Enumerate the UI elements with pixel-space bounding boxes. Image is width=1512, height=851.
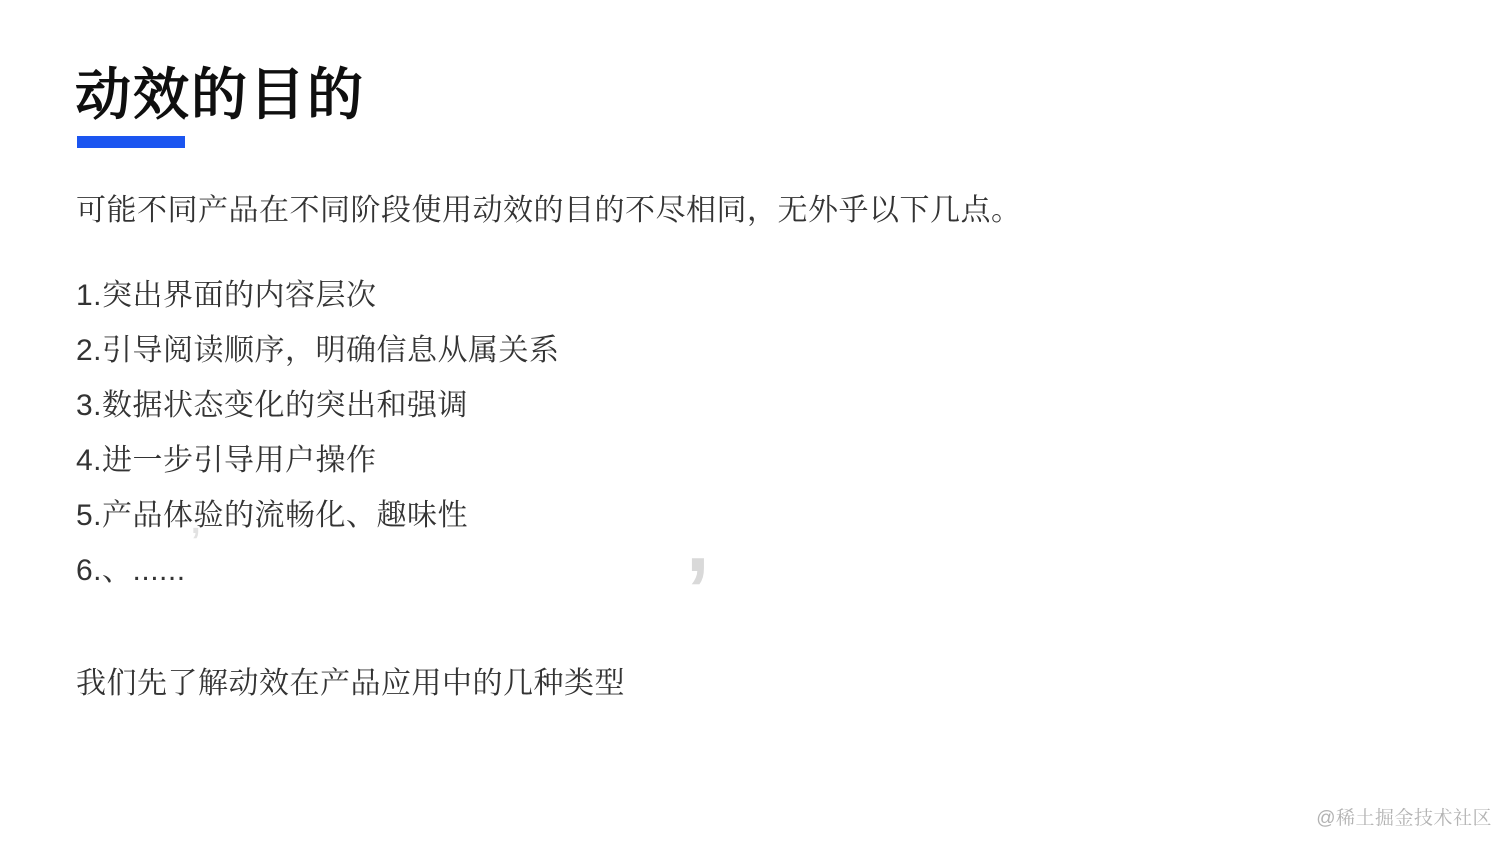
purpose-list: 1.突出界面的内容层次 2.引导阅读顺序，明确信息从属关系 3.数据状态变化的突… [76, 268, 560, 598]
list-item: 3.数据状态变化的突出和强调 [76, 378, 560, 433]
list-item: 6.、...... [76, 543, 560, 598]
community-watermark: @稀土掘金技术社区 [1316, 803, 1492, 830]
watermark-artifact-large: , [686, 500, 710, 585]
list-item: 5.产品体验的流畅化、趣味性 [76, 488, 560, 543]
closing-paragraph: 我们先了解动效在产品应用中的几种类型 [76, 666, 625, 702]
watermark-artifact-small: , [191, 505, 200, 539]
title-accent-underline [77, 136, 185, 148]
document-page: 动效的目的 可能不同产品在不同阶段使用动效的目的不尽相同，无外乎以下几点。 1.… [0, 0, 1512, 851]
list-item: 2.引导阅读顺序，明确信息从属关系 [76, 323, 560, 378]
list-item: 1.突出界面的内容层次 [76, 268, 560, 323]
list-item: 4.进一步引导用户操作 [76, 433, 560, 488]
page-title: 动效的目的 [75, 64, 365, 126]
intro-paragraph: 可能不同产品在不同阶段使用动效的目的不尽相同，无外乎以下几点。 [76, 193, 1022, 229]
